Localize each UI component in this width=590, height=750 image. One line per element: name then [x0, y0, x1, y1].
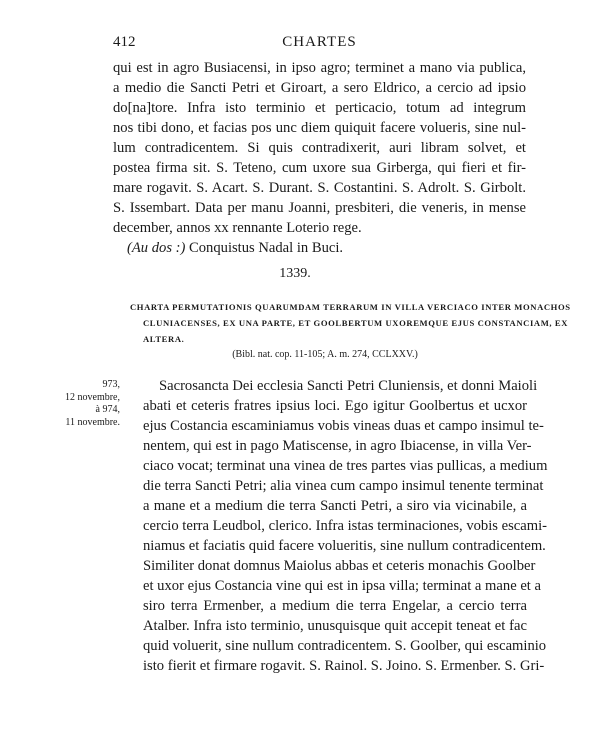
- text-line: quid voluerit, sine nullum contradicente…: [143, 636, 527, 656]
- text-line: cercio terra Leudbol, clerico. Infra ist…: [143, 516, 527, 536]
- source-citation: (Bibl. nat. cop. 11-105; A. m. 274, CCLX…: [0, 349, 590, 360]
- page-header: 412 CHARTES: [113, 34, 526, 54]
- text-line: a medio die Sancti Petri et Giroart, a s…: [113, 78, 526, 98]
- text-line: ejus Costancia escaminiamus vobis vineas…: [143, 416, 527, 436]
- text-line: mare rogavit. S. Acart. S. Durant. S. Co…: [113, 178, 526, 198]
- date-line: 11 novembre.: [40, 417, 120, 430]
- endorsement-text: Conquistus Nadal in Buci.: [185, 240, 343, 256]
- charter-text: Sacrosancta Dei ecclesia Sancti Petri Cl…: [143, 376, 527, 676]
- text-line: do[na]tore. Infra isto terminio et perti…: [113, 98, 526, 118]
- text-line: Atalber. Infra isto terminio, unusquisqu…: [143, 616, 527, 636]
- text-line: a mane et a medium die terra Sancti Petr…: [143, 496, 527, 516]
- margin-date: 973, 12 novembre, à 974, 11 novembre.: [40, 379, 120, 429]
- text-line: isto fierit et firmare rogavit. S. Raino…: [143, 656, 527, 676]
- rubric-line: CHARTA PERMUTATIONIS QUARUMDAM TERRARUM …: [130, 299, 528, 315]
- text-line: S. Issembart. Data per manu Joanni, pres…: [113, 198, 526, 218]
- text-line: postea firma sit. S. Teteno, cum uxore s…: [113, 158, 526, 178]
- date-line: à 974,: [40, 404, 120, 417]
- previous-charter-text: qui est in agro Busiacensi, in ipso agro…: [113, 58, 526, 258]
- charter-number: 1339.: [0, 266, 590, 282]
- document-page: 412 CHARTES qui est in agro Busiacensi, …: [0, 0, 590, 750]
- date-line: 12 novembre,: [40, 392, 120, 405]
- text-line: Sacrosancta Dei ecclesia Sancti Petri Cl…: [143, 376, 527, 396]
- date-line: 973,: [40, 379, 120, 392]
- text-line: Similiter donat domnus Maiolus abbas et …: [143, 556, 527, 576]
- text-line: qui est in agro Busiacensi, in ipso agro…: [113, 58, 526, 78]
- text-line: ciaco vocat; terminat una vinea de tres …: [143, 456, 527, 476]
- text-line: lum contradicentem. Si quis contradixeri…: [113, 138, 526, 158]
- text-line: nos tibi dono, et facias pos unc diem qu…: [113, 118, 526, 138]
- text-line: december, annos xx rennante Loterio rege…: [113, 218, 526, 238]
- endorsement: (Au dos :) Conquistus Nadal in Buci.: [113, 238, 526, 258]
- text-line: abati et ceteris fratres ipsius loci. Eg…: [143, 396, 527, 416]
- rubric-line: ALTERA.: [130, 331, 528, 347]
- running-title: CHARTES: [113, 34, 526, 51]
- text-line: nentem, qui est in pago Matiscense, in a…: [143, 436, 527, 456]
- rubric-line: CLUNIACENSES, EX UNA PARTE, ET GOOLBERTU…: [130, 315, 528, 331]
- charter-rubric: CHARTA PERMUTATIONIS QUARUMDAM TERRARUM …: [130, 299, 528, 347]
- text-line: siro terra Ermenber, a medium die terra …: [143, 596, 527, 616]
- text-line: niamus et faciatis quid facere volueriti…: [143, 536, 527, 556]
- endorsement-label: (Au dos :): [127, 240, 185, 256]
- text-line: die terra Sancti Petri; alia vinea cum c…: [143, 476, 527, 496]
- text-line: et uxor ejus Costancia vine qui est in i…: [143, 576, 527, 596]
